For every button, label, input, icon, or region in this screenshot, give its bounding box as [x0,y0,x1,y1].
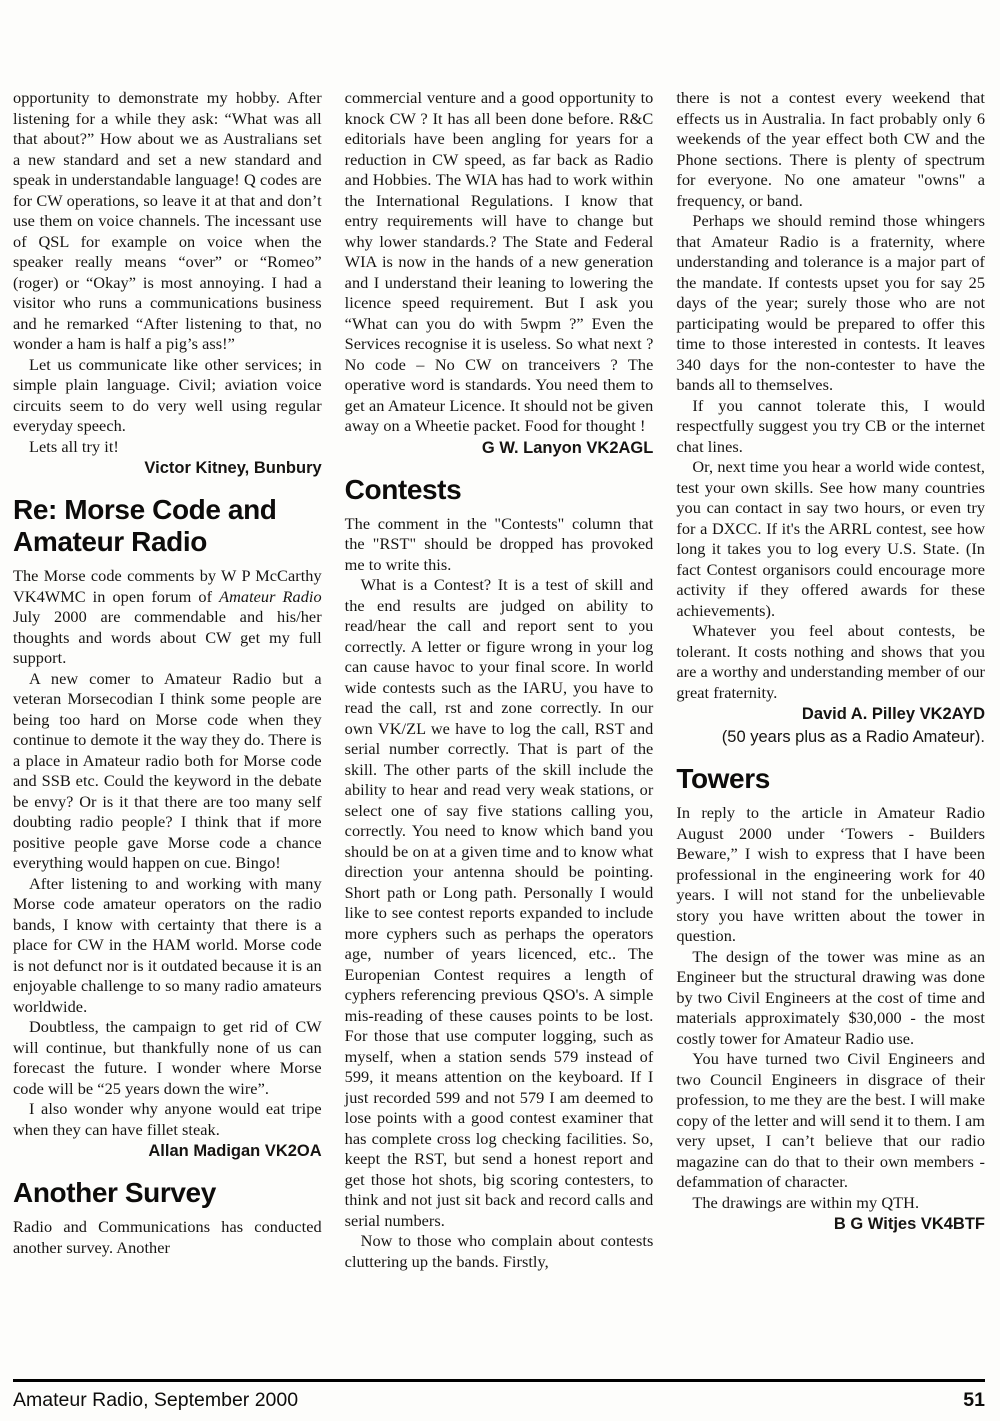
column-1: opportunity to demonstrate my hobby. Aft… [13,88,322,1380]
signature-note: (50 years plus as a Radio Amateur). [676,727,985,748]
paragraph: In reply to the article in Amateur Radio… [676,803,985,947]
italic-text: Amateur Radio [219,587,322,606]
paragraph: What is a Contest? It is a test of skill… [345,575,654,1231]
magazine-page: opportunity to demonstrate my hobby. Aft… [0,0,1000,1421]
paragraph: Radio and Communications has conducted a… [13,1217,322,1258]
paragraph: You have turned two Civil Engineers and … [676,1049,985,1193]
section-heading: Re: Morse Code and Amateur Radio [13,494,322,558]
section-heading: Another Survey [13,1177,322,1209]
paragraph: The design of the tower was mine as an E… [676,947,985,1050]
paragraph: Doubtless, the campaign to get rid of CW… [13,1017,322,1099]
paragraph: Perhaps we should remind those whingers … [676,211,985,396]
paragraph: opportunity to demonstrate my hobby. Aft… [13,88,322,355]
signature-line: B G Witjes VK4BTF [676,1214,985,1235]
paragraph: commercial venture and a good opportunit… [345,88,654,437]
paragraph: I also wonder why anyone would eat tripe… [13,1099,322,1140]
text-segment: July 2000 are commendable and his/her th… [13,607,322,667]
paragraph: The Morse code comments by W P McCarthy … [13,566,322,669]
page-footer: Amateur Radio, September 2000 51 [13,1379,985,1412]
paragraph: The drawings are within my QTH. [676,1193,985,1214]
section-heading: Towers [676,763,985,795]
column-3: there is not a contest every weekend tha… [676,88,985,1380]
columns: opportunity to demonstrate my hobby. Aft… [13,88,985,1380]
paragraph: Lets all try it! [13,437,322,458]
signature-line: G W. Lanyon VK2AGL [345,438,654,459]
paragraph: Now to those who complain about contests… [345,1231,654,1272]
paragraph: there is not a contest every weekend tha… [676,88,985,211]
signature-line: David A. Pilley VK2AYD [676,704,985,725]
signature-line: Allan Madigan VK2OA [13,1141,322,1162]
paragraph: After listening to and working with many… [13,874,322,1018]
paragraph: Let us communicate like other services; … [13,355,322,437]
journal-title: Amateur Radio, September 2000 [13,1389,298,1412]
paragraph: Whatever you feel about contests, be tol… [676,621,985,703]
paragraph: If you cannot tolerate this, I would res… [676,396,985,458]
paragraph: A new comer to Amateur Radio but a veter… [13,669,322,874]
column-2: commercial venture and a good opportunit… [345,88,654,1380]
paragraph: Or, next time you hear a world wide cont… [676,457,985,621]
section-heading: Contests [345,474,654,506]
page-number: 51 [963,1389,985,1412]
paragraph: The comment in the "Contests" column tha… [345,514,654,576]
signature-line: Victor Kitney, Bunbury [13,458,322,479]
